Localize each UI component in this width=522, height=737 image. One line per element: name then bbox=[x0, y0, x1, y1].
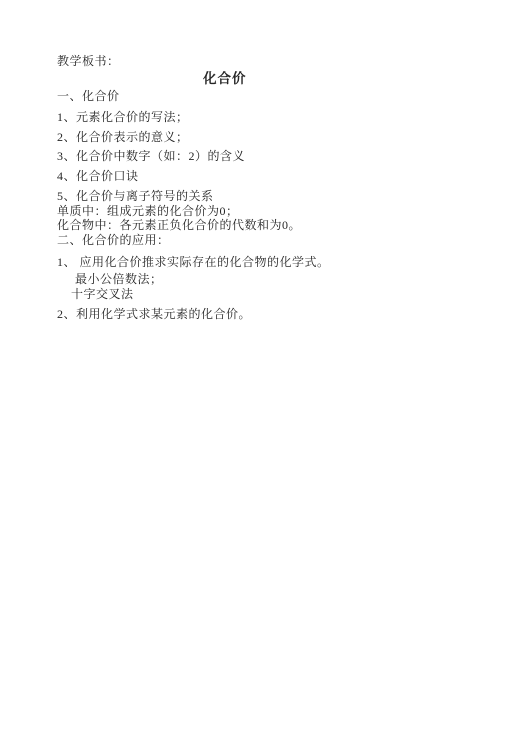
doc-title: 化合价 bbox=[203, 71, 474, 87]
item-4-valence-mnemonic: 4、化合价口诀 bbox=[57, 169, 474, 184]
note-element-valence-zero: 单质中：组成元素的化合价为0； bbox=[57, 204, 474, 219]
document-content: 教学板书： 化合价 一、化合价 1、元素化合价的写法； 2、化合价表示的意义； … bbox=[0, 0, 522, 322]
item-1-valence-writing: 1、元素化合价的写法； bbox=[57, 110, 474, 125]
item-2-valence-meaning: 2、化合价表示的意义； bbox=[57, 130, 474, 145]
item-1-derive-formula: 1、 应用化合价推求实际存在的化合物的化学式。 bbox=[57, 255, 474, 270]
sub-method-cross-multiplication: 十字交叉法 bbox=[71, 287, 474, 302]
document-page: 教学板书： 化合价 一、化合价 1、元素化合价的写法； 2、化合价表示的意义； … bbox=[0, 0, 522, 737]
section-2-heading: 二、化合价的应用： bbox=[57, 233, 474, 248]
item-5-ion-symbol-relation: 5、化合价与离子符号的关系 bbox=[57, 189, 474, 204]
item-3-number-meaning: 3、化合价中数字（如：2）的含义 bbox=[57, 149, 474, 164]
item-2-calc-valence: 2、利用化学式求某元素的化合价。 bbox=[57, 307, 474, 322]
note-compound-valence-sum: 化合物中：各元素正负化合价的代数和为0。 bbox=[57, 218, 474, 233]
board-header-label: 教学板书： bbox=[57, 54, 474, 69]
section-1-heading: 一、化合价 bbox=[57, 89, 474, 104]
sub-method-lcm: 最小公倍数法； bbox=[75, 272, 474, 287]
